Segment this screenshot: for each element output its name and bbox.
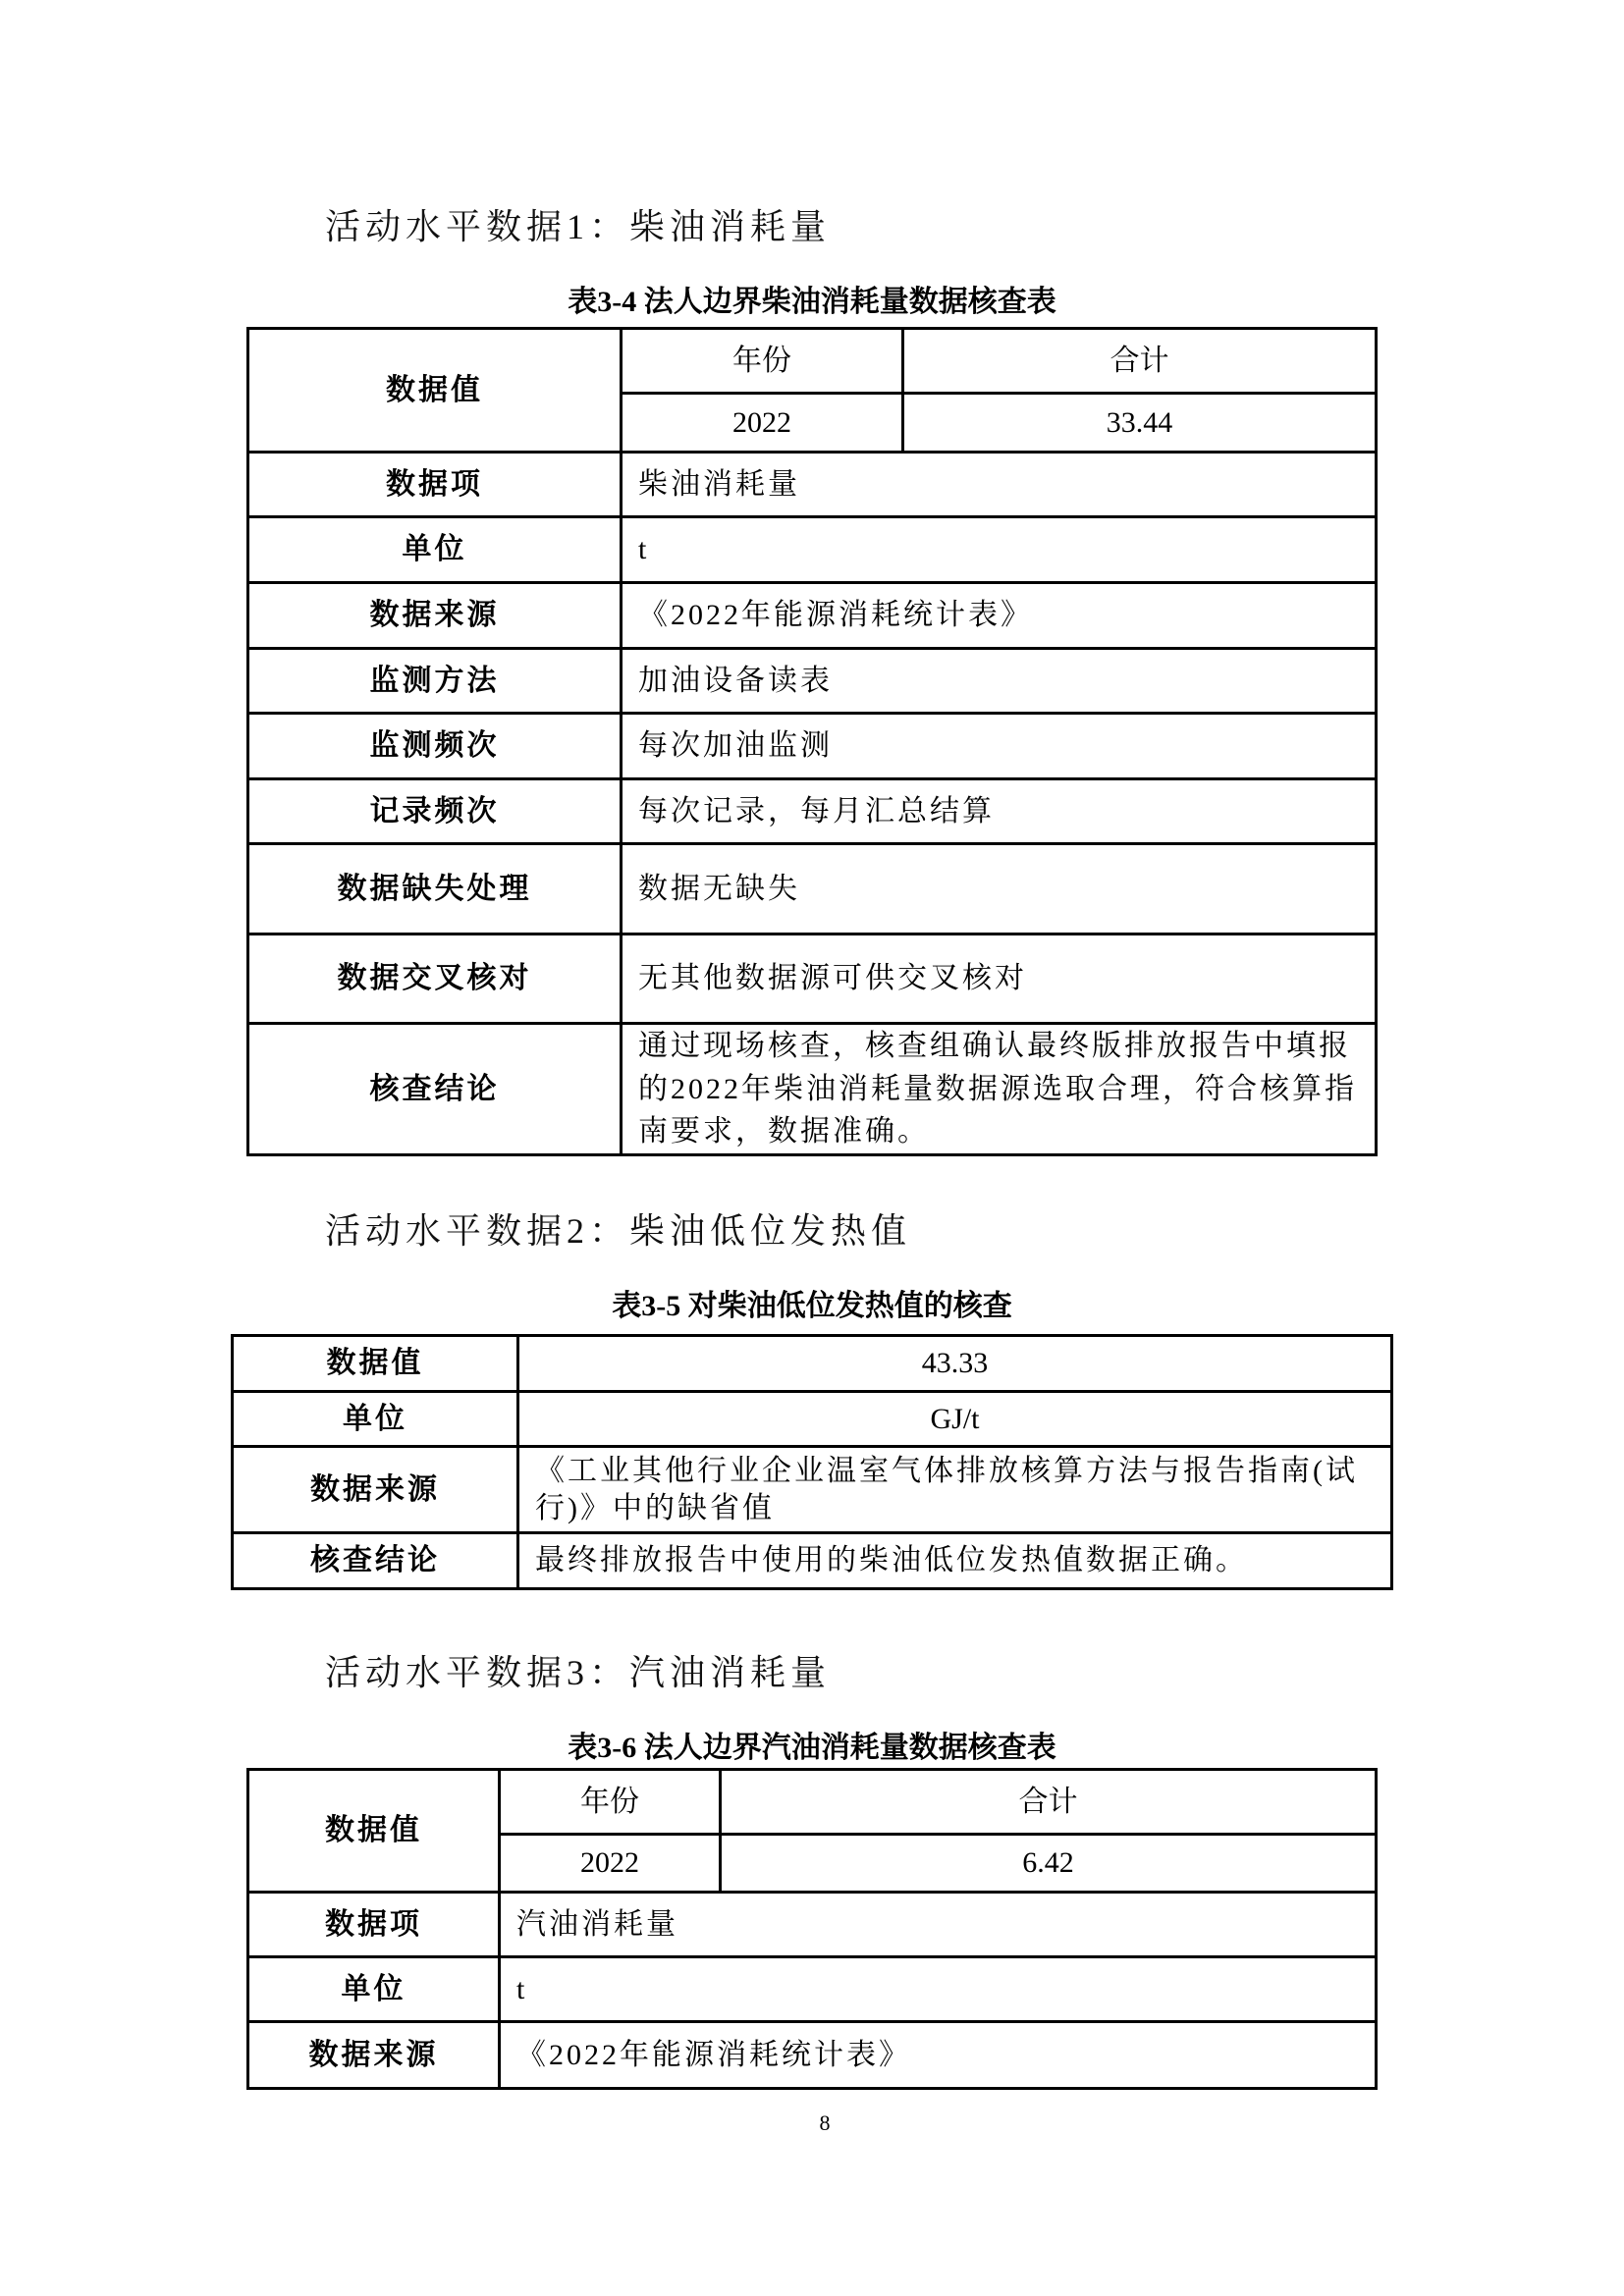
row-value: 柴油消耗量	[622, 453, 1377, 517]
table-row: 数据来源 《2022年能源消耗统计表》	[248, 2022, 1377, 2089]
gasoline-consumption-table: 数据值 年份 合计 2022 6.42 数据项 汽油消耗量 单位 t 数据来源 …	[246, 1768, 1378, 2090]
row-label: 数据来源	[248, 583, 622, 649]
year-header: 年份	[500, 1770, 721, 1835]
year-value: 2022	[622, 394, 903, 453]
row-value: 最终排放报告中使用的柴油低位发热值数据正确。	[518, 1533, 1392, 1589]
table-row: 数据值 年份 合计	[248, 1770, 1377, 1835]
table-row: 数据来源 《2022年能源消耗统计表》	[248, 583, 1377, 649]
row-label: 数据缺失处理	[248, 844, 622, 934]
row-label: 监测频次	[248, 714, 622, 779]
table-row: 单位 t	[248, 517, 1377, 583]
row-value: 汽油消耗量	[500, 1893, 1377, 1957]
section-heading-diesel-ncv: 活动水平数据2：柴油低位发热值	[325, 1203, 911, 1254]
table-row: 单位 GJ/t	[233, 1392, 1392, 1447]
row-label: 单位	[248, 1957, 500, 2022]
total-header: 合计	[903, 329, 1377, 394]
row-value: 加油设备读表	[622, 649, 1377, 714]
page-number: 8	[785, 2110, 864, 2136]
row-value: 无其他数据源可供交叉核对	[622, 934, 1377, 1024]
total-header: 合计	[721, 1770, 1377, 1835]
row-label: 数据值	[233, 1336, 518, 1392]
row-label: 数据项	[248, 1893, 500, 1957]
row-value: 43.33	[518, 1336, 1392, 1392]
row-label: 数据来源	[233, 1447, 518, 1533]
table-row: 监测频次 每次加油监测	[248, 714, 1377, 779]
row-value: 《2022年能源消耗统计表》	[622, 583, 1377, 649]
row-value: 每次记录，每月汇总结算	[622, 779, 1377, 844]
table-row: 数据交叉核对 无其他数据源可供交叉核对	[248, 934, 1377, 1024]
diesel-ncv-table: 数据值 43.33 单位 GJ/t 数据来源 《工业其他行业企业温室气体排放核算…	[231, 1334, 1393, 1590]
row-value: t	[622, 517, 1377, 583]
table-row: 监测方法 加油设备读表	[248, 649, 1377, 714]
row-value: 每次加油监测	[622, 714, 1377, 779]
row-label: 单位	[233, 1392, 518, 1447]
diesel-consumption-table: 数据值 年份 合计 2022 33.44 数据项 柴油消耗量 单位 t 数据来源…	[246, 327, 1378, 1156]
row-label: 数据项	[248, 453, 622, 517]
row-value: 通过现场核查，核查组确认最终版排放报告中填报的2022年柴油消耗量数据源选取合理…	[622, 1024, 1377, 1155]
row-value: t	[500, 1957, 1377, 2022]
section-heading-gasoline-consumption: 活动水平数据3：汽油消耗量	[325, 1645, 831, 1695]
table-row: 数据项 汽油消耗量	[248, 1893, 1377, 1957]
row-label: 监测方法	[248, 649, 622, 714]
table-caption-3-6: 表3-6 法人边界汽油消耗量数据核查表	[246, 1723, 1378, 1766]
row-value: 《工业其他行业企业温室气体排放核算方法与报告指南(试行)》中的缺省值	[518, 1447, 1392, 1533]
row-label: 核查结论	[248, 1024, 622, 1155]
table-row: 数据项 柴油消耗量	[248, 453, 1377, 517]
table-row: 数据值 年份 合计	[248, 329, 1377, 394]
total-value: 33.44	[903, 394, 1377, 453]
table-row: 数据来源 《工业其他行业企业温室气体排放核算方法与报告指南(试行)》中的缺省值	[233, 1447, 1392, 1533]
table-row: 核查结论 通过现场核查，核查组确认最终版排放报告中填报的2022年柴油消耗量数据…	[248, 1024, 1377, 1155]
row-value: 《2022年能源消耗统计表》	[500, 2022, 1377, 2089]
year-value: 2022	[500, 1835, 721, 1893]
row-label: 核查结论	[233, 1533, 518, 1589]
row-value: GJ/t	[518, 1392, 1392, 1447]
table-caption-3-4: 表3-4 法人边界柴油消耗量数据核查表	[246, 277, 1378, 320]
row-label: 数据交叉核对	[248, 934, 622, 1024]
total-value: 6.42	[721, 1835, 1377, 1893]
table-row: 记录频次 每次记录，每月汇总结算	[248, 779, 1377, 844]
data-value-label: 数据值	[248, 329, 622, 453]
data-value-label: 数据值	[248, 1770, 500, 1893]
row-value: 数据无缺失	[622, 844, 1377, 934]
table-row: 单位 t	[248, 1957, 1377, 2022]
year-header: 年份	[622, 329, 903, 394]
section-heading-diesel-consumption: 活动水平数据1：柴油消耗量	[325, 199, 831, 249]
row-label: 单位	[248, 517, 622, 583]
table-row: 数据值 43.33	[233, 1336, 1392, 1392]
table-row: 核查结论 最终排放报告中使用的柴油低位发热值数据正确。	[233, 1533, 1392, 1589]
table-caption-3-5: 表3-5 对柴油低位发热值的核查	[231, 1281, 1393, 1324]
row-label: 记录频次	[248, 779, 622, 844]
table-row: 数据缺失处理 数据无缺失	[248, 844, 1377, 934]
row-label: 数据来源	[248, 2022, 500, 2089]
